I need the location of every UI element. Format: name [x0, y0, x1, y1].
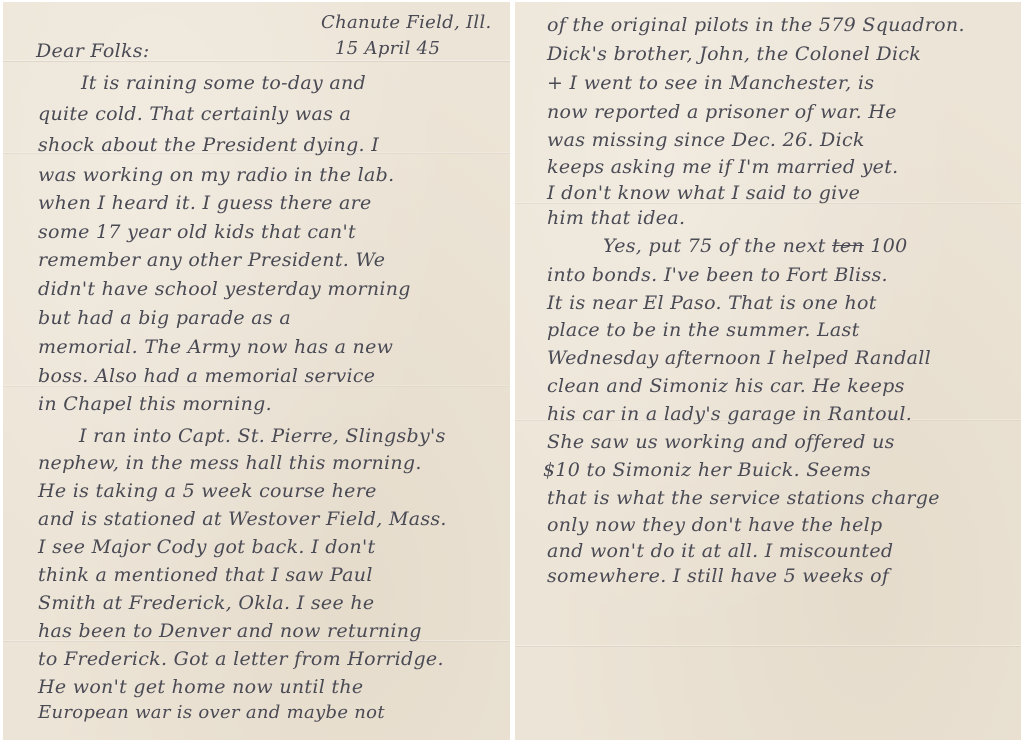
letter-line: think a mentioned that I saw Paul: [38, 564, 373, 586]
struck-word: ten: [832, 235, 864, 257]
letter-line: remember any other President. We: [38, 249, 385, 271]
letter-line: somewhere. I still have 5 weeks of: [547, 565, 889, 587]
letter-line-text: Yes, put 75 of the next: [603, 235, 826, 257]
letter-page-right: of the original pilots in the 579 Squadr…: [515, 2, 1021, 740]
letter-line: quite cold. That certainly was a: [38, 103, 351, 125]
letter-line: to Frederick. Got a letter from Horridge…: [38, 648, 444, 670]
letter-page-left: Chanute Field, Ill. 15 April 45 Dear Fol…: [3, 2, 510, 740]
letter-line: some 17 year old kids that can't: [38, 221, 356, 243]
letter-line: was working on my radio in the lab.: [38, 164, 394, 186]
letter-line: She saw us working and offered us: [547, 431, 895, 453]
letter-salutation: Dear Folks:: [36, 40, 150, 62]
letter-line: Dick's brother, John, the Colonel Dick: [547, 43, 921, 65]
letter-line: Wednesday afternoon I helped Randall: [547, 347, 931, 369]
letter-line: Yes, put 75 of the next ten 100: [603, 235, 908, 257]
letter-line: He won't get home now until the: [38, 676, 363, 698]
letter-line: nephew, in the mess hall this morning.: [38, 452, 422, 474]
bonds-amount: 100: [870, 235, 907, 257]
letter-line: in Chapel this morning.: [38, 393, 272, 415]
letter-line: has been to Denver and now returning: [38, 620, 422, 642]
letter-line: of the original pilots in the 579 Squadr…: [547, 14, 965, 36]
letter-line: I ran into Capt. St. Pierre, Slingsby's: [79, 425, 446, 447]
letter-line: It is raining some to-day and: [81, 72, 366, 94]
letter-line: didn't have school yesterday morning: [38, 278, 411, 300]
letter-line: boss. Also had a memorial service: [38, 365, 375, 387]
letter-line: I don't know what I said to give: [547, 182, 860, 204]
letter-location: Chanute Field, Ill.: [321, 12, 492, 33]
letter-line: shock about the President dying. I: [38, 134, 379, 156]
letter-line: into bonds. I've been to Fort Bliss.: [547, 264, 888, 286]
letter-line: place to be in the summer. Last: [547, 319, 860, 341]
letter-line: He is taking a 5 week course here: [38, 480, 377, 502]
letter-line: him that idea.: [547, 207, 685, 229]
letter-line: Smith at Frederick, Okla. I see he: [38, 592, 374, 614]
letter-date: 15 April 45: [335, 38, 440, 59]
letter-line: European war is over and maybe not: [38, 702, 385, 723]
letter-line: and won't do it at all. I miscounted: [547, 540, 893, 562]
letter-line: + I went to see in Manchester, is: [547, 72, 874, 94]
letter-line: clean and Simoniz his car. He keeps: [547, 375, 905, 397]
letter-line: but had a big parade as a: [38, 307, 291, 329]
letter-line: and is stationed at Westover Field, Mass…: [38, 508, 447, 530]
letter-line: was missing since Dec. 26. Dick: [547, 129, 865, 151]
letter-line: $10 to Simoniz her Buick. Seems: [543, 459, 871, 481]
letter-line: when I heard it. I guess there are: [38, 192, 372, 214]
letter-line: now reported a prisoner of war. He: [547, 101, 897, 123]
letter-line: only now they don't have the help: [547, 514, 883, 536]
letter-line: keeps asking me if I'm married yet.: [547, 156, 898, 178]
fold-crease: [515, 645, 1021, 647]
letter-line: It is near El Paso. That is one hot: [547, 292, 877, 314]
letter-line: his car in a lady's garage in Rantoul.: [547, 403, 912, 425]
letter-line: I see Major Cody got back. I don't: [38, 536, 375, 558]
letter-line: memorial. The Army now has a new: [38, 336, 393, 358]
letter-line: that is what the service stations charge: [547, 487, 940, 509]
